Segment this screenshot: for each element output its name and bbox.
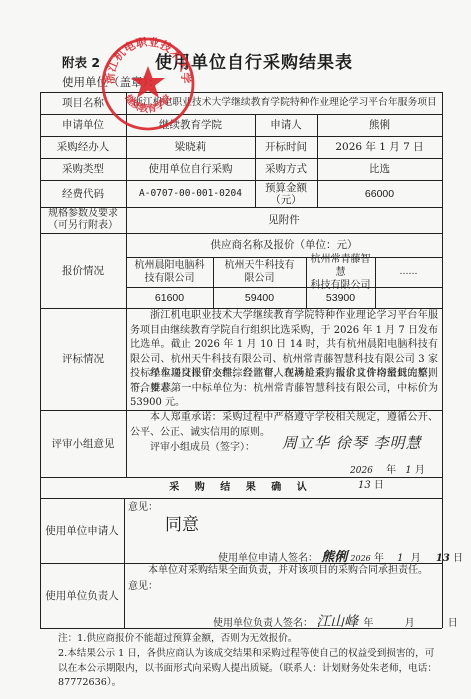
applicant-value: 熊俐 — [317, 114, 442, 136]
leader-statement: 本单位对采购结果全面负责，并对该项目的采购合同承担责任。 — [128, 564, 440, 579]
spec-label: 规格参数及要求 （可另行附表） — [40, 207, 126, 233]
spec-value: 见附件 — [126, 207, 442, 233]
applicant-section-label: 使用单位申请人 — [40, 498, 124, 563]
applicant-sign-month: 1 — [397, 553, 403, 564]
day-unit: 日 — [453, 553, 463, 564]
month-unit: 月 — [411, 553, 421, 564]
supplier-name: 杭州天牛科技有 限公司 — [213, 257, 306, 287]
supplier-price: 59400 — [213, 287, 306, 308]
confirm-header: 采 购 结 果 确 认 — [40, 477, 442, 498]
year-unit: 年 — [374, 553, 384, 564]
supplier-name-line1: 杭州天牛科技有 — [225, 259, 295, 272]
handler-label: 采购经办人 — [40, 136, 126, 158]
purchase-type-label: 采购类型 — [40, 158, 126, 180]
unit-seal-label: 使用单位（盖章）： — [62, 74, 160, 90]
supplier-name: 杭州晨阳电脑科 技有限公司 — [126, 257, 213, 287]
review-label: 评审小组意见 — [40, 410, 126, 477]
quotes-header: 供应商名称及报价（单位：元） — [126, 233, 442, 257]
quotes-label: 报价情况 — [40, 233, 126, 308]
review-members-label: 评审小组成员（签字）： — [150, 441, 290, 456]
year-unit: 年 — [363, 618, 373, 629]
appendix-label: 附表 2 — [62, 53, 100, 71]
applicant-label: 申请人 — [255, 114, 317, 136]
supplier-price — [375, 287, 442, 308]
procurement-result-form: 附表 2 使用单位自行采购结果表 使用单位（盖章）： 项目名称 浙 — [0, 0, 471, 699]
spec-label-line2: （可另行附表） — [48, 220, 118, 232]
day-unit: 日 — [448, 618, 458, 629]
applicant-sign-label: 使用单位申请人签名： — [218, 553, 318, 564]
leader-sign-line: 使用单位负责人签名： 江山峰 年 月 日 — [213, 611, 458, 631]
project-name-label: 项目名称 — [40, 92, 126, 114]
apply-unit-value: 继续教育学院 — [126, 114, 255, 136]
supplier-price: 61600 — [126, 287, 213, 308]
applicant-sign-day: 13 — [436, 553, 450, 564]
handler-value: 梁晓莉 — [126, 136, 255, 158]
footnotes: 注：1.供应商报价不能超过预算金额，否则为无效报价。 2.本结果公示 1 日，各… — [58, 632, 438, 691]
bid-open-time-label: 开标时间 — [255, 136, 317, 158]
fund-code-value: A-0707-00-001-0204 — [126, 180, 255, 207]
apply-unit-label: 申请单位 — [40, 114, 126, 136]
leader-section-label: 使用单位负责人 — [40, 563, 124, 628]
leader-sign-label: 使用单位负责人签名： — [213, 618, 313, 629]
budget-label-line1: 预算金额 — [265, 182, 307, 194]
supplier-name-line2: 技有限公司 — [145, 272, 195, 285]
supplier-price: 53900 — [306, 287, 375, 308]
budget-value: 66000 — [317, 180, 442, 207]
review-date-month: 1 — [405, 465, 411, 476]
spec-label-line1: 规格参数及要求 — [48, 208, 118, 220]
budget-label-line2: （元） — [270, 194, 302, 206]
supplier-name-line1: 杭州常青藤智慧 — [306, 253, 375, 279]
year-unit: 年 — [386, 465, 396, 476]
review-date-year: 2026 — [350, 466, 373, 476]
bid-open-time-value: 2026 年 1 月 7 日 — [317, 136, 442, 158]
review-signatures: 周立华 徐琴 李明慧 — [282, 432, 422, 453]
page-title: 使用单位自行采购结果表 — [155, 48, 353, 73]
applicant-opinion-label: 意见： — [128, 501, 168, 516]
project-name-value: 浙江机电职业技术大学继续教育学院特种作业理论学习平台年服务项目 — [128, 92, 442, 114]
budget-label: 预算金额 （元） — [255, 180, 317, 207]
applicant-opinion-handwritten: 同意 — [165, 510, 199, 535]
fund-code-label: 经费代码 — [40, 180, 126, 207]
purchase-type-value: 使用单位自行采购 — [126, 158, 255, 180]
leader-signature: 江山峰 — [316, 614, 358, 630]
footnote-2: 2.本结果公示 1 日，各供应商认为该成交结果和采购过程等使自己的权益受到损害的… — [58, 647, 438, 691]
supplier-name-line2: 限公司 — [245, 272, 275, 285]
applicant-sign-line: 使用单位申请人签名： 熊俐 2026 年 1 月 13 日 — [218, 546, 463, 565]
month-unit: 月 — [405, 618, 415, 629]
applicant-signature: 熊俐 — [321, 550, 347, 565]
purchase-method-value: 比选 — [317, 158, 442, 180]
leader-opinion-label: 意见： — [128, 580, 168, 595]
supplier-name-more: …… — [375, 257, 442, 287]
evaluation-paragraph-2: 经本项目评审小组综合评审，在满足采购需求且价格最低的原则下，推荐第一中标单位为：… — [130, 367, 438, 411]
evaluation-label: 评标情况 — [40, 308, 126, 410]
month-unit: 月 — [415, 465, 425, 476]
purchase-method-label: 采购方式 — [255, 158, 317, 180]
supplier-name-line1: 杭州晨阳电脑科 — [135, 259, 205, 272]
supplier-name: 杭州常青藤智慧 科技有限公司 — [306, 257, 375, 287]
applicant-sign-year: 2026 — [350, 554, 370, 563]
footnote-1: 注：1.供应商报价不能超过预算金额，否则为无效报价。 — [58, 632, 438, 647]
